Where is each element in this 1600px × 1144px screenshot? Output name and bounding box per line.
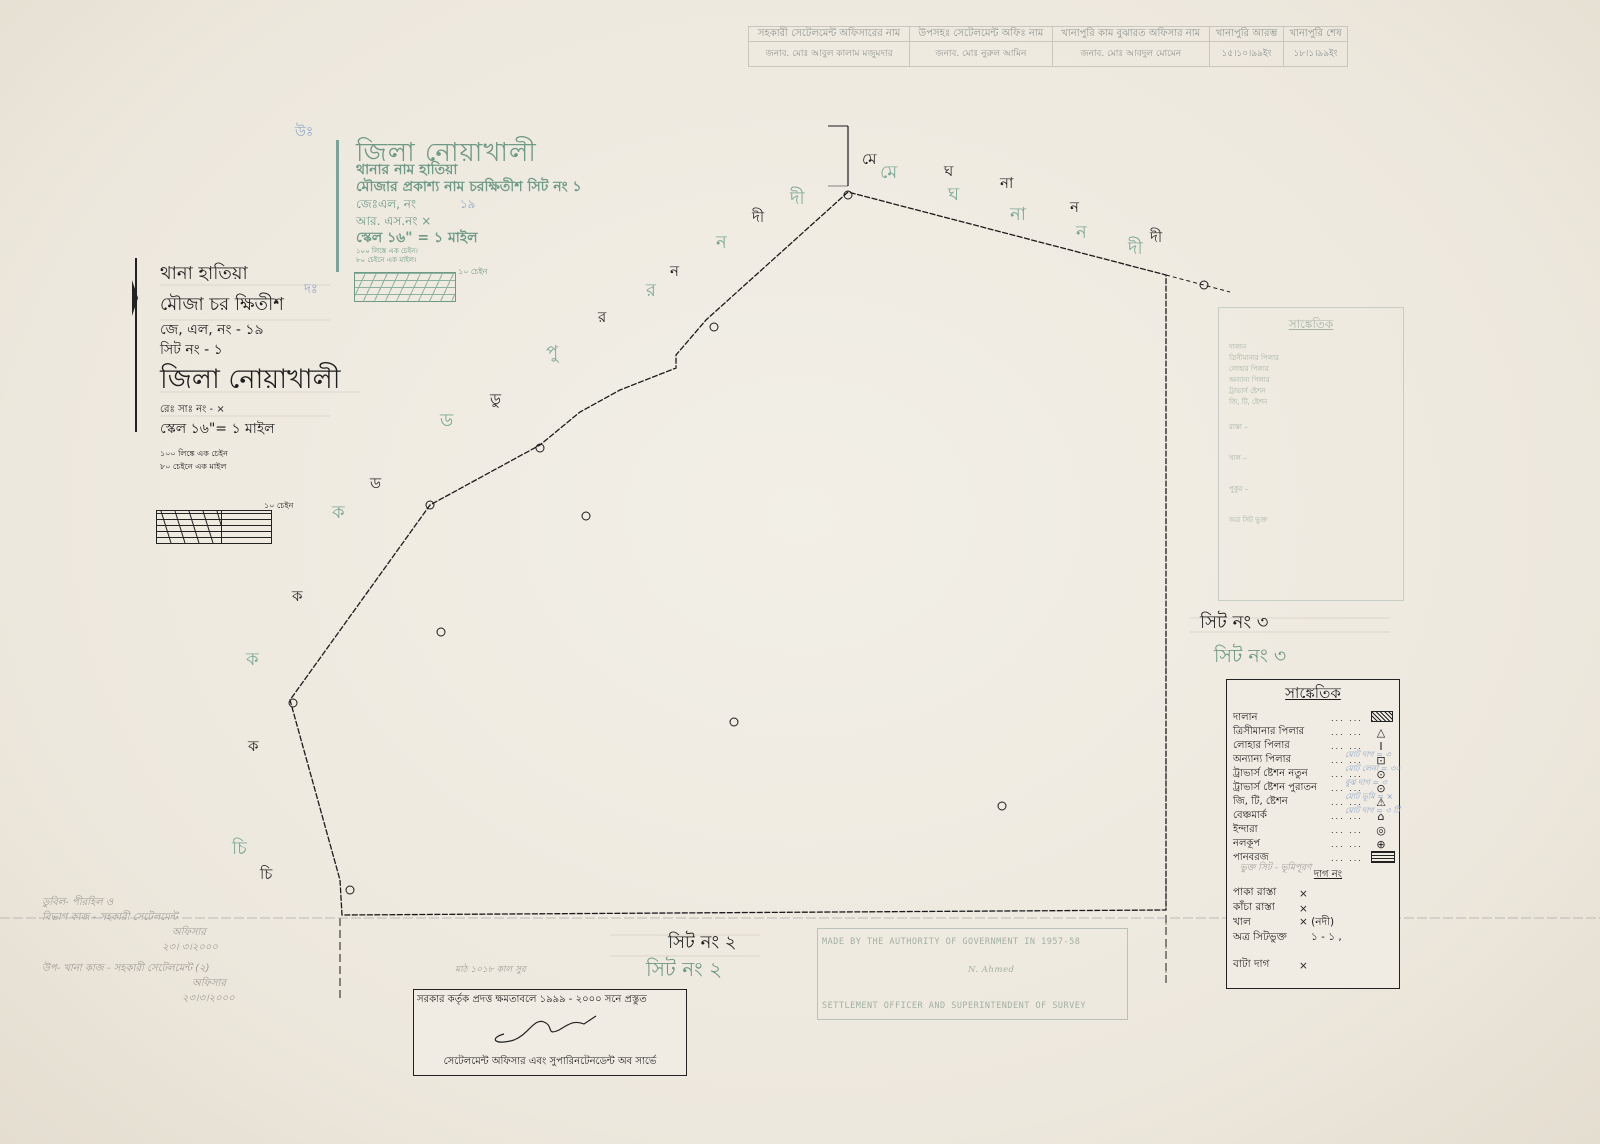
faded-legend-extra: রাস্তা – — [1229, 422, 1393, 433]
legend-dots: ... ... — [1331, 854, 1371, 863]
river-char: ড — [370, 472, 381, 497]
faded-legend: সাঙ্কেতিক দালান ত্রিসীমানার পিলার লোহার … — [1218, 307, 1404, 601]
sheet-label-east: সিট নং ৩ — [1200, 608, 1269, 639]
pencil-note: মোট দাগ = ৩ — [1345, 748, 1400, 762]
faded-legend-item: অন্যান্য পিলার — [1229, 375, 1393, 386]
black-rs: রেঃ সাঃ নং - × — [160, 400, 340, 420]
green-scalebar — [354, 272, 456, 302]
green-scale-note-1: ১০০ লিঙ্কে এক চেইন। — [356, 247, 582, 256]
pencil-note: অফিসার — [192, 976, 235, 991]
tubewell-icon: ⊕ — [1371, 838, 1391, 851]
legend-dots: ... ... — [1331, 728, 1371, 737]
river-char-green: মে — [880, 158, 897, 189]
english-stamp-line-1: MADE BY THE AUTHORITY OF GOVERNMENT IN 1… — [822, 937, 1080, 947]
green-jl-value: ১৯ — [460, 197, 476, 211]
black-scale-note-1: ১০০ লিঙ্কে এক চেইন — [160, 448, 340, 461]
dag-label: অত্র সিটভুক্ত — [1233, 930, 1299, 947]
pencil-note-bottom: মাঠ ১০১৮ কাল সুর — [455, 962, 526, 977]
river-char-green: ন — [1076, 218, 1087, 249]
north-mark: উঃ — [295, 120, 313, 144]
sheet-label-south-green: সিট নং ২ — [646, 955, 722, 988]
black-thana: থানা হাতিয়া — [160, 258, 340, 290]
legend-dots: ... ... — [1331, 714, 1371, 723]
green-title-lines: থানার নাম হাতিয়া মৌজার প্রকাশ্য নাম চরক… — [356, 162, 582, 265]
pencil-note: বিভাগ কাজ - সহকারী সেটেলমেন্ট — [42, 910, 235, 925]
pencil-note: ডুবিল- পীরহিল ও — [42, 895, 235, 910]
tri-junction-pillar-icon: △ — [1371, 726, 1391, 739]
dag-value: × — [1299, 903, 1308, 915]
legend-margin-notes: মোট দাগ = ৩ মোট লেনা = ৩০ বুঝ দাগ = ৩ মো… — [1345, 748, 1400, 818]
faded-legend-item: জি, টি, ষ্টেশন — [1229, 397, 1393, 408]
green-mouza: মৌজার প্রকাশ্য নাম চরক্ষিতীশ সিট নং ১ — [356, 179, 582, 196]
english-authority-stamp: MADE BY THE AUTHORITY OF GOVERNMENT IN 1… — [817, 928, 1128, 1020]
pencil-note: ২৩।৩।২০০০ — [182, 991, 235, 1006]
black-mouza: মৌজা চর ক্ষিতীশ — [160, 290, 340, 320]
river-char-green: ক — [332, 498, 345, 529]
well-icon: ◎ — [1371, 824, 1391, 837]
pencil-note: অফিসার — [172, 925, 235, 940]
river-char: ক — [248, 735, 259, 760]
river-char: দী — [752, 206, 764, 231]
dag-value: × — [1299, 888, 1308, 900]
dag-row: বাটা দাগ× — [1227, 958, 1399, 973]
river-char-green: না — [1010, 200, 1026, 231]
river-char-green: ঘ — [948, 180, 959, 211]
dag-row: কাঁচা রাস্তা× — [1227, 901, 1399, 916]
dag-row: পাকা রাস্তা× — [1227, 886, 1399, 901]
river-char-green: ড — [440, 406, 453, 437]
legend-dots: ... ... — [1331, 826, 1371, 835]
pencil-note-under-legend: ভুক্ত সিট - ভূমিপূরণ — [1240, 860, 1311, 875]
faded-legend-extra: অত্র সিট ভুক্ত — [1229, 515, 1393, 526]
faded-legend-title: সাঙ্কেতিক — [1219, 316, 1403, 336]
black-scalebar — [156, 510, 272, 544]
pencil-note: মোট ভূমি = × — [1345, 790, 1400, 804]
green-scale-note-2: ৮০ চেইনে এক মাইল। — [356, 256, 582, 265]
black-district: জিলা নোয়াখালী — [160, 360, 340, 400]
river-char-green: ক — [246, 645, 259, 676]
green-thana: থানার নাম হাতিয়া — [356, 162, 582, 179]
legend-dots: ... ... — [1331, 840, 1371, 849]
river-char: না — [1000, 172, 1013, 197]
black-title-lines: থানা হাতিয়া মৌজা চর ক্ষিতীশ জে, এল, নং … — [160, 258, 340, 474]
black-scale: স্কেল ১৬"= ১ মাইল — [160, 420, 340, 438]
green-jl: জেঃএল, নং — [356, 197, 416, 211]
river-char: দী — [1150, 226, 1162, 251]
black-scalebar-label: ১০ চেইন — [264, 500, 293, 513]
pencil-note: উপ- খানা কাজ - সহকারী সেটেলমেন্ট (২) — [42, 961, 235, 976]
dag-row: অত্র সিটভুক্ত১ - ১ , — [1227, 931, 1399, 946]
faded-legend-item: ট্রাভার্স ষ্টেশন — [1229, 386, 1393, 397]
signature-icon — [484, 1008, 604, 1048]
faded-legend-item: দালান — [1229, 342, 1393, 353]
river-char-green: ন — [716, 228, 727, 259]
faded-legend-extra: খাল – — [1229, 453, 1393, 464]
legend-title: সাঙ্কেতিক — [1227, 682, 1399, 707]
legend-box: সাঙ্কেতিক দালান... ... ত্রিসীমানার পিলার… — [1226, 679, 1400, 989]
pencil-notes-left: ডুবিল- পীরহিল ও বিভাগ কাজ - সহকারী সেটেল… — [42, 895, 235, 1006]
title-notch — [132, 280, 138, 316]
river-char: ডু — [490, 388, 501, 413]
green-scalebar-label: ১০ চেইন — [458, 266, 487, 279]
dag-label: বাটা দাগ — [1233, 957, 1299, 974]
dag-row: খাল× (নদী) — [1227, 916, 1399, 931]
river-char: ন — [670, 260, 679, 285]
black-sheet: সিট নং - ১ — [160, 340, 340, 360]
faded-legend-item: ত্রিসীমানার পিলার — [1229, 353, 1393, 364]
river-char-green: পু — [546, 338, 558, 369]
faded-legend-extra: পুকুর – — [1229, 484, 1393, 495]
river-char-green: দী — [790, 184, 805, 215]
green-title-bar — [336, 140, 339, 272]
pencil-note: মোট দাগ = ৩ টি — [1345, 804, 1400, 818]
black-scale-note-2: ৮০ চেইনে এক মাইল — [160, 461, 340, 474]
dag-value: × — [1299, 960, 1308, 972]
pencil-note: ২৩। ৩।২০০০ — [162, 940, 235, 955]
dag-value: ১ - ১ , — [1311, 930, 1342, 947]
building-hatch-icon — [1371, 711, 1393, 722]
river-char-green: র — [646, 276, 656, 307]
river-char: ক — [292, 585, 303, 610]
green-rs: আর. এস.নং × — [356, 213, 582, 230]
river-char-green: চি — [232, 834, 247, 865]
english-stamp-signature: N. Ahmed — [968, 965, 1014, 975]
river-char: র — [598, 306, 606, 331]
pencil-note: মোট লেনা = ৩০ — [1345, 762, 1400, 776]
river-char-green: দী — [1128, 234, 1143, 265]
authority-line-2: সেটেলমেন্ট অফিসার এবং সুপারিনটেনডেন্ট অব… — [414, 1054, 686, 1071]
river-char: মে — [862, 148, 876, 173]
authority-stamp: সরকার কর্তৃক প্রদত্ত ক্ষমতাবলে ১৯৯৯ - ২০… — [413, 989, 687, 1076]
river-char: চি — [260, 863, 272, 888]
faded-legend-item: লোহার পিলার — [1229, 364, 1393, 375]
english-stamp-line-2: SETTLEMENT OFFICER AND SUPERINTENDENT OF… — [822, 1001, 1086, 1011]
pencil-note: বুঝ দাগ = ৩ — [1345, 776, 1400, 790]
green-scale: স্কেল ১৬" = ১ মাইল — [356, 230, 582, 247]
black-jl: জে, এল, নং - ১৯ — [160, 320, 340, 340]
sheet-label-east-green: সিট নং ৩ — [1214, 642, 1286, 674]
betel-garden-icon — [1371, 851, 1395, 863]
